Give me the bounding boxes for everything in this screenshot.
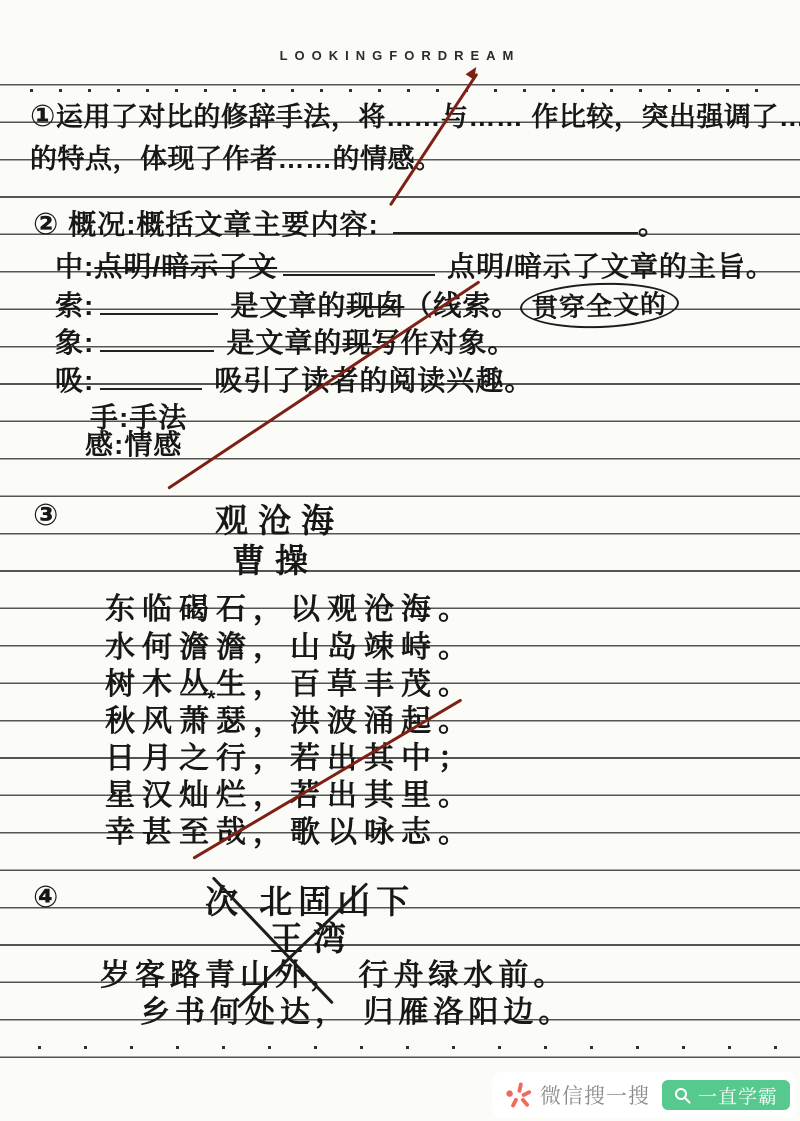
note-line: 的特点，体现了作者……的情感。 xyxy=(30,137,443,176)
note-text: 吸: xyxy=(55,365,94,396)
fill-in-blank xyxy=(100,322,214,352)
top-dotted-ticks xyxy=(30,89,782,92)
search-button-label: 一直学霸 xyxy=(698,1082,778,1109)
struck-text: 现囱 xyxy=(346,290,404,321)
search-button[interactable]: 一直学霸 xyxy=(662,1080,790,1110)
note-text: 是文章的 xyxy=(230,290,346,321)
notebook-page: LOOKINGFORDREAM ①运用了对比的修辞手法，将……与…… 作比较，突… xyxy=(0,0,800,1121)
note-line: 吸:吸引了读者的阅读兴趣。 xyxy=(55,359,533,399)
section-number: ④ xyxy=(33,880,58,915)
poem-line: 乡书何处达， 归雁洛阳边。 xyxy=(140,987,573,1031)
watermark-brand-text: 微信搜一搜 xyxy=(540,1080,650,1110)
note-text: 运用了对比的修辞手法，将……与…… 作比较，突出强调了…… xyxy=(56,102,800,132)
fill-in-blank xyxy=(283,246,435,276)
poem-author: 曹操 xyxy=(232,535,318,582)
note-text: 象: xyxy=(55,327,94,358)
note-text: 概况:概括文章主要内容: xyxy=(68,209,379,240)
note-text: 点明/暗示了文章的主旨。 xyxy=(447,251,775,282)
note-line: 感:情感 xyxy=(85,423,182,463)
note-text: （线索。 xyxy=(404,290,520,321)
struck-text: 点明/暗示了文 xyxy=(94,251,277,282)
watermark-bar: 微信搜一搜 一直学霸 xyxy=(492,1072,796,1118)
note-line: ② 概况:概括文章主要内容:。 xyxy=(33,203,667,243)
insertion-mark: * xyxy=(207,686,216,712)
spark-logo-icon xyxy=(504,1081,532,1109)
note-line: ①运用了对比的修辞手法，将……与…… 作比较，突出强调了…… xyxy=(30,95,800,134)
note-text: 索: xyxy=(55,290,94,321)
note-text: 中: xyxy=(55,251,94,282)
note-line: 象:是文章的现写作对象。 xyxy=(55,321,516,361)
search-icon xyxy=(674,1087,691,1104)
fill-in-blank xyxy=(393,204,638,234)
note-text: 吸引了读者的阅读兴趣。 xyxy=(214,365,533,396)
note-text: 。 xyxy=(638,209,667,240)
poem-line: 幸甚至哉，歌以咏志。 xyxy=(105,807,475,851)
section-number: ③ xyxy=(33,498,58,533)
fill-in-blank xyxy=(100,360,202,390)
note-text: 是文章的 xyxy=(226,327,342,358)
bottom-dotted-ticks xyxy=(38,1046,778,1049)
note-text: 写作对象。 xyxy=(371,327,516,358)
section-number: ① xyxy=(30,100,56,133)
circled-annotation: 贯穿全文的 xyxy=(520,280,680,331)
note-line: 中:点明/暗示了文点明/暗示了文章的主旨。 xyxy=(55,245,775,285)
fill-in-blank xyxy=(100,285,218,315)
section-number: ② xyxy=(33,208,59,241)
red-check-arrowhead xyxy=(466,64,481,80)
note-text: 的特点，体现了作者……的情感。 xyxy=(30,144,443,174)
page-header-brand: LOOKINGFORDREAM xyxy=(0,48,800,63)
